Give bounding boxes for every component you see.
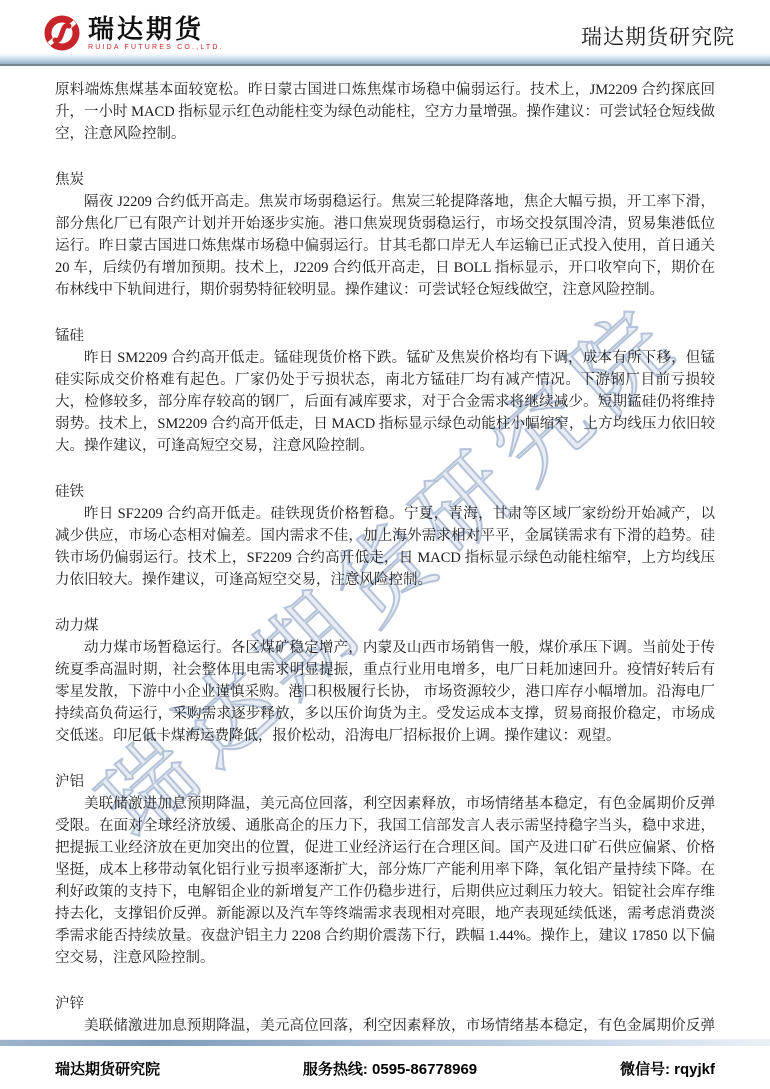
section-paragraphs: 昨日 SF2209 合约高开低走。硅铁现货价格暂稳。宁夏，青海，甘肃等区域厂家纷… <box>55 503 715 591</box>
company-name-en: RUIDA FUTURES CO.,LTD. <box>88 44 224 51</box>
report-paragraph: 昨日 SM2209 合约高开低走。锰硅现货价格下跌。锰矿及焦炭价格均有下调，成本… <box>55 347 715 457</box>
section-paragraphs: 美联储激进加息预期降温，美元高位回落，利空因素释放，市场情绪基本稳定，有色金属期… <box>55 793 715 969</box>
report-paragraph: 动力煤市场暂稳运行。各区煤矿稳定增产，内蒙及山西市场销售一般，煤价承压下调。当前… <box>55 637 715 747</box>
section-paragraphs: 隔夜 J2209 合约低开高走。焦炭市场弱稳运行。焦炭三轮提降落地，焦企大幅亏损… <box>55 191 715 301</box>
report-paragraph: 隔夜 J2209 合约低开高走。焦炭市场弱稳运行。焦炭三轮提降落地，焦企大幅亏损… <box>55 191 715 301</box>
report-page: 瑞达期货 RUIDA FUTURES CO.,LTD. 瑞达期货研究院 瑞达期货… <box>0 0 770 1089</box>
section-heading: 沪锌 <box>55 993 715 1015</box>
page-footer: 瑞达期货研究院 服务热线: 0595-86778969 微信号: rqyjkf <box>0 1039 770 1089</box>
report-body: 原料端炼焦煤基本面较宽松。昨日蒙古国进口炼焦煤市场稳中偏弱运行。技术上，JM22… <box>0 66 770 1059</box>
section-heading: 焦炭 <box>55 169 715 191</box>
footer-hotline: 服务热线: 0595-86778969 <box>303 1058 477 1079</box>
page-title: 瑞达期货研究院 <box>581 21 735 53</box>
footer-org: 瑞达期货研究院 <box>55 1058 160 1079</box>
footer-wechat: 微信号: rqyjkf <box>620 1058 715 1079</box>
report-section: 原料端炼焦煤基本面较宽松。昨日蒙古国进口炼焦煤市场稳中偏弱运行。技术上，JM22… <box>55 79 715 145</box>
footer-row: 瑞达期货研究院 服务热线: 0595-86778969 微信号: rqyjkf <box>0 1058 770 1079</box>
section-heading: 沪铝 <box>55 771 715 793</box>
page-header: 瑞达期货 RUIDA FUTURES CO.,LTD. 瑞达期货研究院 <box>0 0 770 53</box>
report-section: 沪铝 美联储激进加息预期降温，美元高位回落，利空因素释放，市场情绪基本稳定，有色… <box>55 771 715 969</box>
company-name-cn: 瑞达期货 <box>88 16 224 42</box>
section-paragraphs: 动力煤市场暂稳运行。各区煤矿稳定增产，内蒙及山西市场销售一般，煤价承压下调。当前… <box>55 637 715 747</box>
section-heading: 硅铁 <box>55 481 715 503</box>
report-paragraph: 昨日 SF2209 合约高开低走。硅铁现货价格暂稳。宁夏，青海，甘肃等区域厂家纷… <box>55 503 715 591</box>
section-heading: 动力煤 <box>55 615 715 637</box>
ruida-logo-icon <box>42 13 82 53</box>
company-name-block: 瑞达期货 RUIDA FUTURES CO.,LTD. <box>88 16 224 51</box>
footer-divider-bar <box>0 1039 770 1046</box>
section-heading: 锰硅 <box>55 325 715 347</box>
company-logo: 瑞达期货 RUIDA FUTURES CO.,LTD. <box>42 13 224 53</box>
report-section: 锰硅 昨日 SM2209 合约高开低走。锰硅现货价格下跌。锰矿及焦炭价格均有下调… <box>55 325 715 457</box>
report-paragraph: 美联储激进加息预期降温，美元高位回落，利空因素释放，市场情绪基本稳定，有色金属期… <box>55 793 715 969</box>
report-section: 硅铁 昨日 SF2209 合约高开低走。硅铁现货价格暂稳。宁夏，青海，甘肃等区域… <box>55 481 715 591</box>
report-paragraph: 原料端炼焦煤基本面较宽松。昨日蒙古国进口炼焦煤市场稳中偏弱运行。技术上，JM22… <box>55 79 715 145</box>
report-section: 焦炭 隔夜 J2209 合约低开高走。焦炭市场弱稳运行。焦炭三轮提降落地，焦企大… <box>55 169 715 301</box>
section-paragraphs: 昨日 SM2209 合约高开低走。锰硅现货价格下跌。锰矿及焦炭价格均有下调，成本… <box>55 347 715 457</box>
section-paragraphs: 原料端炼焦煤基本面较宽松。昨日蒙古国进口炼焦煤市场稳中偏弱运行。技术上，JM22… <box>55 79 715 145</box>
report-section: 动力煤 动力煤市场暂稳运行。各区煤矿稳定增产，内蒙及山西市场销售一般，煤价承压下… <box>55 615 715 747</box>
header-divider-bar <box>0 53 770 66</box>
